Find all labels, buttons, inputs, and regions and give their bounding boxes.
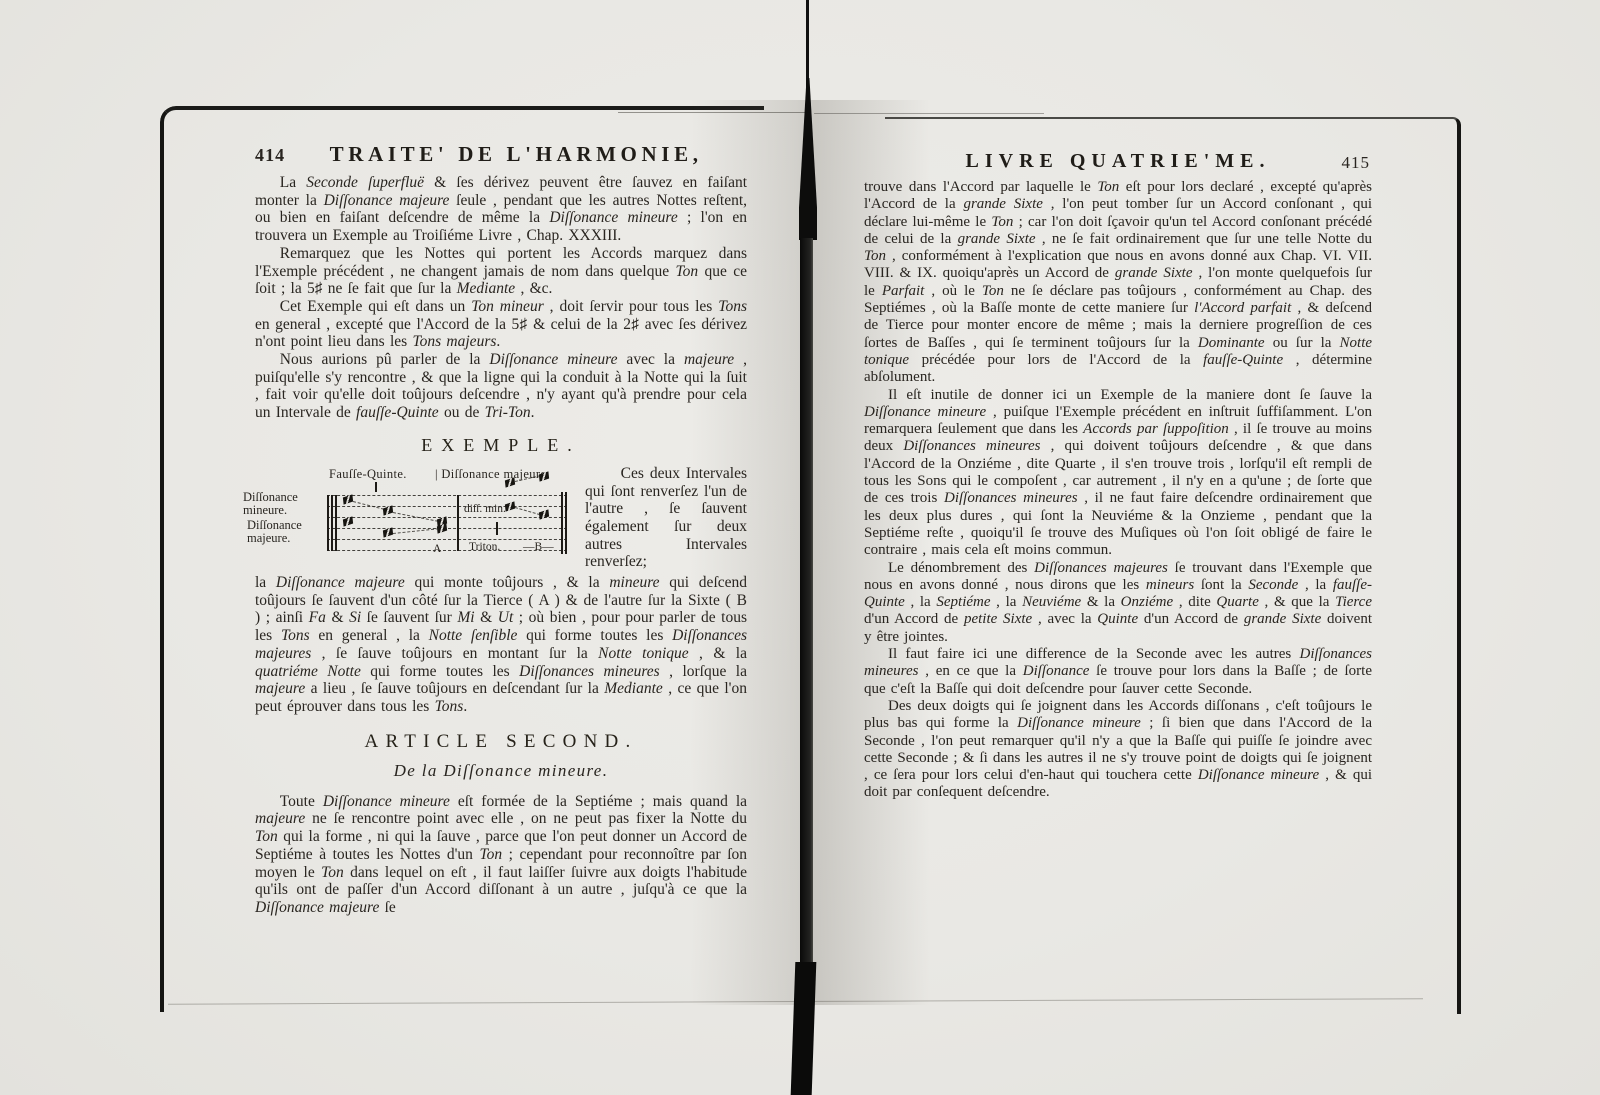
italic-term: quatriéme Notte bbox=[255, 663, 361, 680]
left-page-header: 414 TRAITE' DE L'HARMONIE, bbox=[255, 142, 747, 167]
italic-term: Mediante bbox=[457, 280, 516, 297]
barline bbox=[457, 495, 459, 551]
italic-term: Diſſonance bbox=[1023, 663, 1090, 679]
text-run: , avec la bbox=[1032, 611, 1097, 627]
barline bbox=[327, 495, 329, 551]
label-dissonance-majeure-left: Diſſonance majeure. bbox=[247, 519, 335, 545]
italic-term: Ton bbox=[982, 283, 1004, 299]
article-paragraphs: Toute Diſſonance mineure eſt formée de l… bbox=[255, 793, 747, 917]
italic-term: fauſſe-Quinte bbox=[1203, 352, 1283, 368]
italic-term: Ton bbox=[479, 846, 502, 863]
italic-term: Ton bbox=[1097, 179, 1119, 195]
paragraph: Des deux doigts qui ſe joignent dans les… bbox=[864, 698, 1372, 802]
italic-term: Diſſonances mineures bbox=[903, 438, 1040, 454]
note-glyph bbox=[505, 501, 515, 511]
label-diss-min: diſſ. min. bbox=[464, 503, 506, 515]
text-run: avec la bbox=[617, 351, 683, 368]
italic-term: Ton mineur bbox=[471, 298, 544, 315]
text-run: , la bbox=[905, 594, 937, 610]
italic-term: Diſſonance majeure bbox=[276, 574, 405, 591]
italic-term: Diſſonance mineure bbox=[489, 351, 617, 368]
italic-term: Tri-Ton bbox=[485, 404, 531, 421]
article-subheading: De la Diſſonance mineure. bbox=[255, 761, 747, 781]
staff-line bbox=[327, 517, 567, 518]
italic-term: Ton bbox=[675, 263, 698, 280]
italic-term: Diſſonance mineure bbox=[549, 209, 677, 226]
binding-gutter bbox=[800, 238, 813, 968]
barline bbox=[561, 492, 563, 554]
italic-term: Mediante bbox=[604, 680, 663, 697]
paragraph: Remarquez que les Nottes qui portent les… bbox=[255, 245, 747, 298]
music-example: Fauſſe-Quinte. | Diſſonance majeure. Diſ… bbox=[243, 465, 577, 563]
article-heading: ARTICLE SECOND. bbox=[255, 731, 747, 753]
book-scan: 414 TRAITE' DE L'HARMONIE, La Seconde ſu… bbox=[0, 0, 1600, 1095]
italic-term: Onziéme bbox=[1121, 594, 1174, 610]
staff-line bbox=[327, 506, 567, 507]
italic-term: l'Accord parfait bbox=[1194, 300, 1291, 316]
italic-term: Seconde ſuperfluë bbox=[306, 174, 424, 191]
italic-term: Notte tonique bbox=[598, 645, 688, 662]
text-run: trouve dans l'Accord par laquelle le bbox=[864, 179, 1097, 195]
text-run: d'un Accord de bbox=[1138, 611, 1244, 627]
staff-line bbox=[327, 495, 567, 496]
note-glyph bbox=[383, 505, 393, 515]
text-run: d'un Accord de bbox=[864, 611, 964, 627]
left-page: 414 TRAITE' DE L'HARMONIE, La Seconde ſu… bbox=[255, 142, 747, 917]
note-glyph bbox=[343, 516, 353, 526]
italic-term: Tierce bbox=[1335, 594, 1372, 610]
italic-term: grande Sixte bbox=[963, 196, 1042, 212]
italic-term: Septiéme bbox=[936, 594, 990, 610]
italic-term: majeure bbox=[684, 351, 734, 368]
text-run: , en ce que la bbox=[918, 663, 1022, 679]
text-run: ſe ſauvent ſur bbox=[361, 609, 457, 626]
note-glyph bbox=[539, 509, 549, 519]
text-run: Remarquez que les Nottes qui portent les… bbox=[255, 245, 747, 280]
text-run: Le dénombrement des bbox=[888, 560, 1034, 576]
text-run: , lorſque la bbox=[660, 663, 747, 680]
italic-term: grande Sixte bbox=[958, 231, 1036, 247]
text-run: La bbox=[280, 174, 307, 191]
text-run: Nous aurions pû parler de la bbox=[280, 351, 490, 368]
text-run: & bbox=[475, 609, 498, 626]
text-run: qui forme toutes les bbox=[517, 627, 672, 644]
text-run: ou de bbox=[439, 404, 485, 421]
text-run: Ces deux Intervales qui ſont renverſez l… bbox=[585, 465, 747, 571]
italic-term: Fa bbox=[309, 609, 326, 626]
text-run: la bbox=[255, 574, 276, 591]
text-run: précédée pour lors de l'Accord de la bbox=[909, 352, 1203, 368]
exemple-heading: EXEMPLE. bbox=[255, 435, 747, 456]
text-run: , doit ſervir pour tous les bbox=[544, 298, 719, 315]
italic-term: grande Sixte bbox=[1244, 611, 1321, 627]
italic-term: Si bbox=[349, 609, 361, 626]
paragraph: la Diſſonance majeure qui monte toûjours… bbox=[255, 574, 747, 716]
paragraph: La Seconde ſuperfluë & ſes dérivez peuve… bbox=[255, 174, 747, 245]
note-connector bbox=[515, 507, 540, 515]
right-page: LIVRE QUATRIE'ME. 415 trouve dans l'Acco… bbox=[864, 150, 1372, 802]
text-run: . bbox=[463, 698, 467, 715]
text-run: a lieu , ſe ſauve toûjours en deſcendant… bbox=[305, 680, 604, 697]
right-paragraphs: trouve dans l'Accord par laquelle le Ton… bbox=[864, 179, 1372, 802]
label-dissonance-majeure-top: | Diſſonance majeure. bbox=[435, 467, 550, 482]
text-run: , ſe ſauve toûjours en montant ſur la bbox=[311, 645, 598, 662]
italic-term: fauſſe-Quinte bbox=[356, 404, 439, 421]
text-run: , la bbox=[1298, 577, 1333, 593]
italic-term: Tons bbox=[435, 698, 464, 715]
italic-term: petite Sixte bbox=[964, 611, 1032, 627]
italic-term: Accords par ſuppoſition bbox=[1083, 421, 1229, 437]
left-paragraphs: La Seconde ſuperfluë & ſes dérivez peuve… bbox=[255, 174, 747, 422]
italic-term: Tons majeurs bbox=[412, 333, 496, 350]
italic-term: Diſſonance mineure bbox=[323, 793, 450, 810]
italic-term: Diſſonances mineures bbox=[944, 490, 1078, 506]
text-run: , &c. bbox=[515, 280, 552, 297]
italic-term: Parfait bbox=[882, 283, 925, 299]
text-run: Il eſt inutile de donner ici un Exemple … bbox=[888, 387, 1372, 403]
note-glyph bbox=[383, 527, 393, 537]
text-run: qui forme toutes les bbox=[361, 663, 519, 680]
italic-term: Ut bbox=[498, 609, 514, 626]
italic-term: Diſſonance mineure bbox=[1198, 767, 1319, 783]
marker-a: A bbox=[433, 543, 441, 555]
italic-term: Ton bbox=[255, 828, 278, 845]
paragraph: trouve dans l'Accord par laquelle le Ton… bbox=[864, 179, 1372, 387]
paragraph: Cet Exemple qui eſt dans un Ton mineur ,… bbox=[255, 298, 747, 351]
note-glyph bbox=[343, 494, 353, 504]
italic-term: grande Sixte bbox=[1115, 265, 1193, 281]
text-run: , la bbox=[991, 594, 1023, 610]
italic-term: Diſſonances mineures bbox=[519, 663, 660, 680]
paragraph: Il faut faire ici une difference de la S… bbox=[864, 646, 1372, 698]
marker-b: —B— bbox=[523, 541, 554, 553]
italic-term: Ton bbox=[991, 214, 1013, 230]
italic-term: Tons bbox=[281, 627, 310, 644]
text-run: ne ſe rencontre point avec elle , on ne … bbox=[305, 810, 747, 827]
italic-term: Notte ſenſible bbox=[429, 627, 518, 644]
text-run: ſont la bbox=[1194, 577, 1248, 593]
paragraph: Toute Diſſonance mineure eſt formée de l… bbox=[255, 793, 747, 917]
italic-term: Ton bbox=[321, 864, 344, 881]
label-triton: Triton. bbox=[469, 541, 500, 553]
italic-term: mineure bbox=[609, 574, 659, 591]
italic-term: majeure bbox=[255, 680, 305, 697]
italic-term: Diſſonance mineure bbox=[864, 404, 986, 420]
note-connector bbox=[393, 528, 439, 534]
tick-mark bbox=[496, 522, 498, 535]
italic-term: Diſſonance majeure bbox=[324, 192, 450, 209]
text-run: Cet Exemple qui eſt dans un bbox=[280, 298, 471, 315]
text-run: , ne ſe fait ordinairement que ſur une t… bbox=[1036, 231, 1372, 247]
text-run: eſt formée de la Septiéme ; mais quand l… bbox=[450, 793, 747, 810]
barline bbox=[331, 495, 333, 551]
paragraph: Nous aurions pû parler de la Diſſonance … bbox=[255, 351, 747, 422]
italic-term: Seconde bbox=[1248, 577, 1298, 593]
text-run: . bbox=[531, 404, 535, 421]
page-number-left: 414 bbox=[255, 145, 285, 166]
italic-term: mineurs bbox=[1146, 577, 1194, 593]
italic-term: Diſſonance mineure bbox=[1017, 715, 1141, 731]
text-run: ſe bbox=[379, 899, 395, 916]
text-run: & bbox=[326, 609, 349, 626]
barline bbox=[335, 495, 337, 551]
italic-term: Mi bbox=[457, 609, 474, 626]
note-glyph bbox=[505, 477, 515, 487]
example-side-text: Ces deux Intervales qui ſont renverſez l… bbox=[577, 465, 747, 571]
text-run: en general , excepté que l'Accord de la … bbox=[255, 316, 747, 351]
staff-line bbox=[327, 539, 567, 540]
italic-term: Diſſonances majeures bbox=[1034, 560, 1168, 576]
italic-term: majeure bbox=[255, 810, 305, 827]
tick-mark bbox=[375, 482, 377, 492]
text-run: & la bbox=[1081, 594, 1120, 610]
text-run: ou ſur la bbox=[1265, 335, 1340, 351]
binding-bottom bbox=[791, 962, 817, 1095]
text-run: , dite bbox=[1173, 594, 1216, 610]
italic-term: Quinte bbox=[1097, 611, 1138, 627]
italic-term: Quarte bbox=[1216, 594, 1259, 610]
text-run: , & la bbox=[689, 645, 747, 662]
text-run: qui monte toûjours , & la bbox=[405, 574, 610, 591]
text-run: , & que la bbox=[1259, 594, 1335, 610]
label-fausse-quinte: Fauſſe-Quinte. bbox=[329, 467, 407, 482]
text-run: , où le bbox=[924, 283, 982, 299]
label-dissonance-mineure-left: Diſſonance mineure. bbox=[243, 491, 331, 517]
italic-term: Dominante bbox=[1198, 335, 1265, 351]
page-number-right: 415 bbox=[1341, 153, 1370, 173]
text-run: Toute bbox=[280, 793, 323, 810]
italic-term: Ton bbox=[864, 248, 886, 264]
music-example-row: Fauſſe-Quinte. | Diſſonance majeure. Diſ… bbox=[243, 465, 747, 571]
paragraph: Il eſt inutile de donner ici un Exemple … bbox=[864, 387, 1372, 560]
right-page-header: LIVRE QUATRIE'ME. 415 bbox=[864, 150, 1372, 173]
text-run: . bbox=[496, 333, 500, 350]
barline bbox=[565, 492, 567, 554]
italic-term: Tons bbox=[718, 298, 747, 315]
paragraph: Le dénombrement des Diſſonances majeures… bbox=[864, 560, 1372, 646]
running-title-right: LIVRE QUATRIE'ME. bbox=[966, 150, 1271, 172]
text-run: en general , la bbox=[310, 627, 429, 644]
italic-term: Diſſonance majeure bbox=[255, 899, 379, 916]
text-run: Il faut faire ici une difference de la S… bbox=[888, 646, 1300, 662]
running-title-left: TRAITE' DE L'HARMONIE, bbox=[285, 142, 747, 167]
italic-term: Neuviéme bbox=[1022, 594, 1081, 610]
paragraph: Ces deux Intervales qui ſont renverſez l… bbox=[585, 465, 747, 571]
